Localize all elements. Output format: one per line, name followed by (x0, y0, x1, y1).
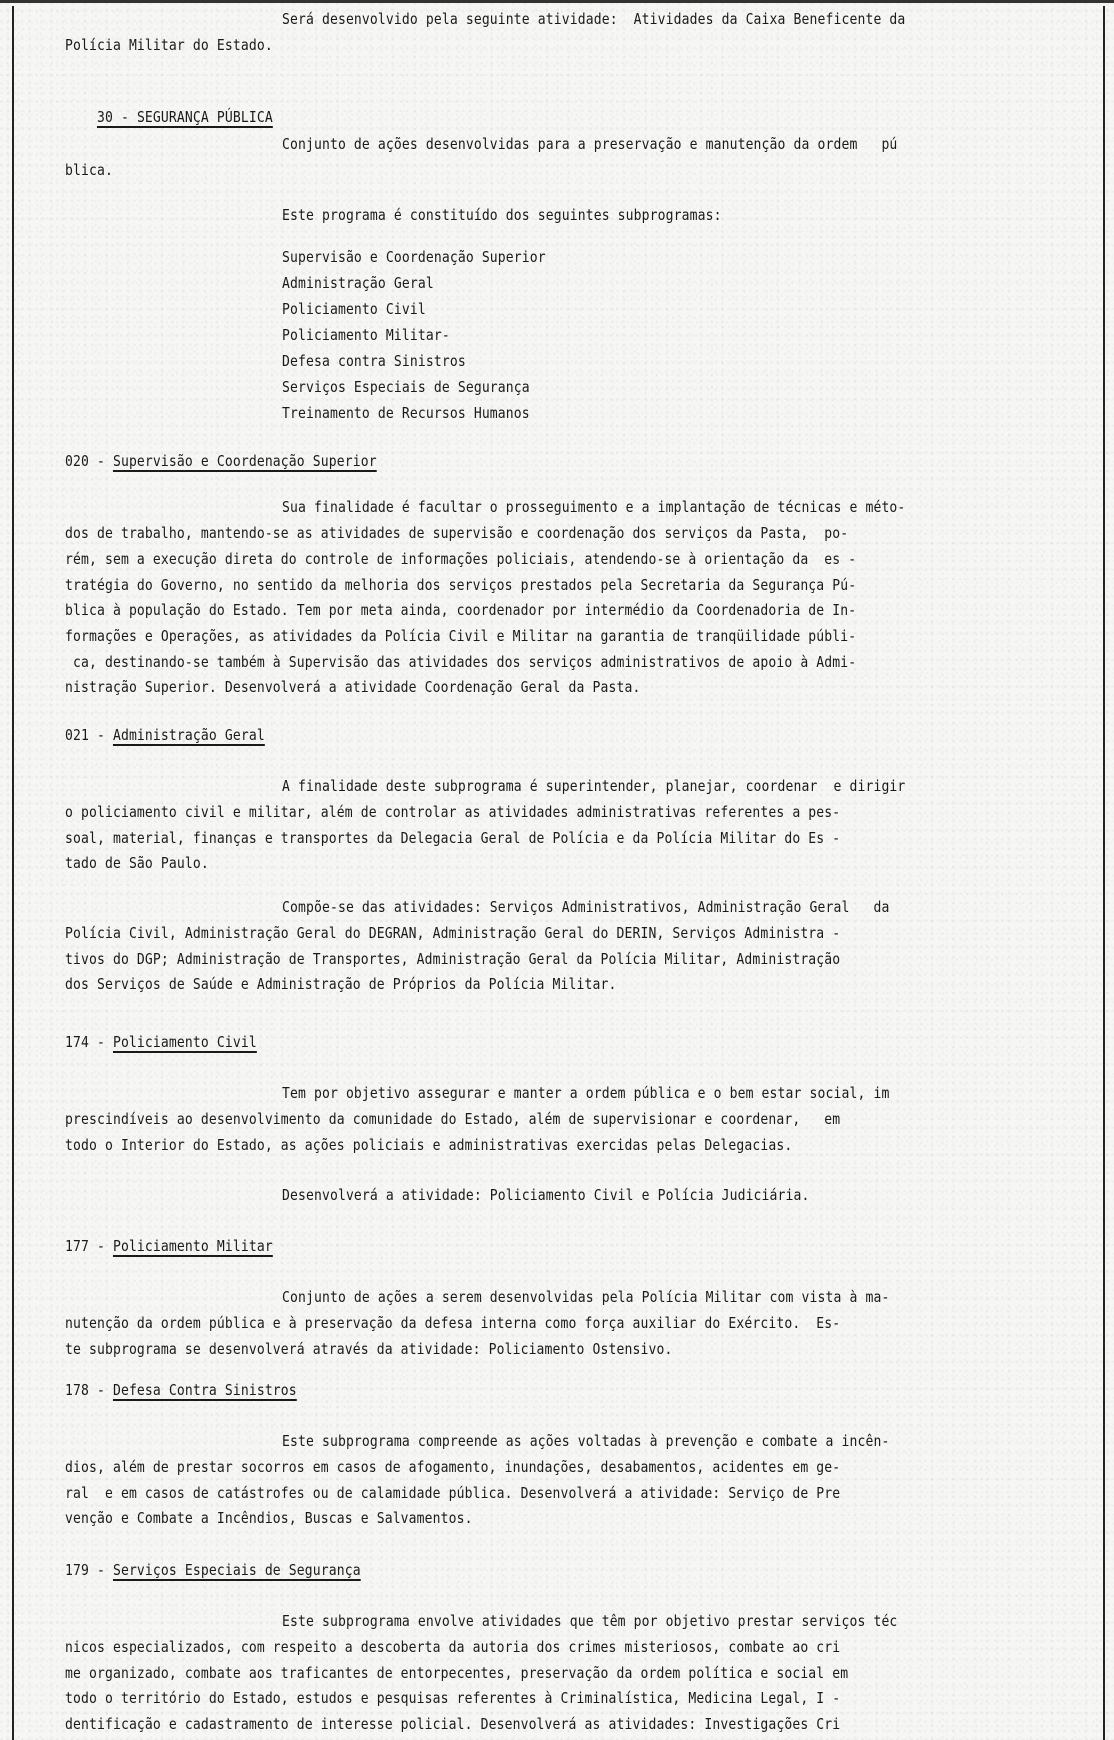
section-title: Policiamento Militar (113, 1237, 273, 1255)
section-text-line: Este subprograma compreende as ações vol… (282, 1431, 889, 1451)
section-code: 174 - (65, 1033, 113, 1051)
section-code: 178 - (65, 1381, 113, 1399)
section-text-line: venção e Combate a Incêndios, Buscas e S… (65, 1508, 473, 1528)
page-top-edge (0, 0, 1114, 3)
program-description-line: blica. (65, 160, 113, 180)
section-text-line: Polícia Civil, Administração Geral do DE… (65, 923, 840, 943)
section-text-line: Sua finalidade é facultar o prosseguimen… (282, 497, 905, 517)
section-heading-174: 174 - Policiamento Civil (65, 1032, 257, 1052)
section-text-line: Este subprograma envolve atividades que … (282, 1611, 897, 1631)
subprograms-intro: Este programa é constituído dos seguinte… (282, 205, 722, 225)
section-text-line: rém, sem a execução direta do controle d… (65, 549, 856, 569)
subprogram-list-item: Defesa contra Sinistros (282, 351, 466, 371)
section-text-line: prescindíveis ao desenvolvimento da comu… (65, 1109, 840, 1129)
section-text-line: nutenção da ordem pública e à preservaçã… (65, 1313, 840, 1333)
section-code: 179 - (65, 1561, 113, 1579)
section-text-line: tratégia do Governo, no sentido da melho… (65, 575, 856, 595)
document-page: Será desenvolvido pela seguinte atividad… (0, 0, 1114, 1740)
section-title: Serviços Especiais de Segurança (113, 1561, 361, 1579)
subprogram-list-item: Administração Geral (282, 273, 434, 293)
section-text-line: dios, além de prestar socorros em casos … (65, 1457, 840, 1477)
subprogram-list-item: Policiamento Civil (282, 299, 426, 319)
program-description-line: Conjunto de ações desenvolvidas para a p… (282, 134, 897, 154)
section-text-line: nistração Superior. Desenvolverá a ativi… (65, 677, 640, 697)
section-text-line: tado de São Paulo. (65, 853, 209, 873)
subprogram-list-item: Treinamento de Recursos Humanos (282, 403, 530, 423)
subprogram-list-item: Supervisão e Coordenação Superior (282, 247, 546, 267)
section-text-line: blica à população do Estado. Tem por met… (65, 600, 856, 620)
program-heading: 30 - SEGURANÇA PÚBLICA (65, 87, 273, 147)
page-right-rule (1103, 6, 1105, 1740)
section-code: 020 - (65, 452, 113, 470)
section-text-line: Compõe-se das atividades: Serviços Admin… (282, 897, 889, 917)
section-text-line: te subprograma se desenvolverá através d… (65, 1339, 672, 1359)
section-text-line: Conjunto de ações a serem desenvolvidas … (282, 1287, 889, 1307)
section-text-line: todo o território do Estado, estudos e p… (65, 1688, 840, 1708)
section-text-line: Desenvolverá a atividade: Policiamento C… (282, 1185, 810, 1205)
section-code: 177 - (65, 1237, 113, 1255)
section-text-line: ca, destinando-se também à Supervisão da… (65, 652, 856, 672)
program-title: 30 - SEGURANÇA PÚBLICA (97, 108, 273, 126)
section-title: Supervisão e Coordenação Superior (113, 452, 377, 470)
section-heading-177: 177 - Policiamento Militar (65, 1236, 273, 1256)
section-text-line: formações e Operações, as atividades da … (65, 626, 856, 646)
section-text-line: ral e em casos de catástrofes ou de cala… (65, 1483, 840, 1503)
section-text-line: soal, material, finanças e transportes d… (65, 828, 840, 848)
section-text-line: A finalidade deste subprograma é superin… (282, 776, 905, 796)
subprogram-list-item: Serviços Especiais de Segurança (282, 377, 530, 397)
section-text-line: todo o Interior do Estado, as ações poli… (65, 1135, 792, 1155)
section-title: Defesa Contra Sinistros (113, 1381, 297, 1399)
section-heading-178: 178 - Defesa Contra Sinistros (65, 1380, 297, 1400)
section-text-line: dos Serviços de Saúde e Administração de… (65, 974, 616, 994)
intro-line: Será desenvolvido pela seguinte atividad… (282, 9, 905, 29)
section-text-line: o policiamento civil e militar, além de … (65, 802, 840, 822)
section-text-line: Tem por objetivo assegurar e manter a or… (282, 1083, 889, 1103)
section-heading-020: 020 - Supervisão e Coordenação Superior (65, 451, 377, 471)
page-left-rule (12, 6, 14, 1740)
section-text-line: nicos especializados, com respeito a des… (65, 1637, 840, 1657)
section-text-line: tivos do DGP; Administração de Transport… (65, 949, 840, 969)
section-title: Administração Geral (113, 726, 265, 744)
section-text-line: dentificação e cadastramento de interess… (65, 1714, 840, 1734)
section-text-line: dos de trabalho, mantendo-se as atividad… (65, 523, 848, 543)
section-heading-021: 021 - Administração Geral (65, 725, 265, 745)
section-heading-179: 179 - Serviços Especiais de Segurança (65, 1560, 361, 1580)
subprogram-list-item: Policiamento Militar- (282, 325, 450, 345)
intro-line: Polícia Militar do Estado. (65, 35, 273, 55)
section-text-line: me organizado, combate aos traficantes d… (65, 1663, 848, 1683)
section-code: 021 - (65, 726, 113, 744)
section-title: Policiamento Civil (113, 1033, 257, 1051)
